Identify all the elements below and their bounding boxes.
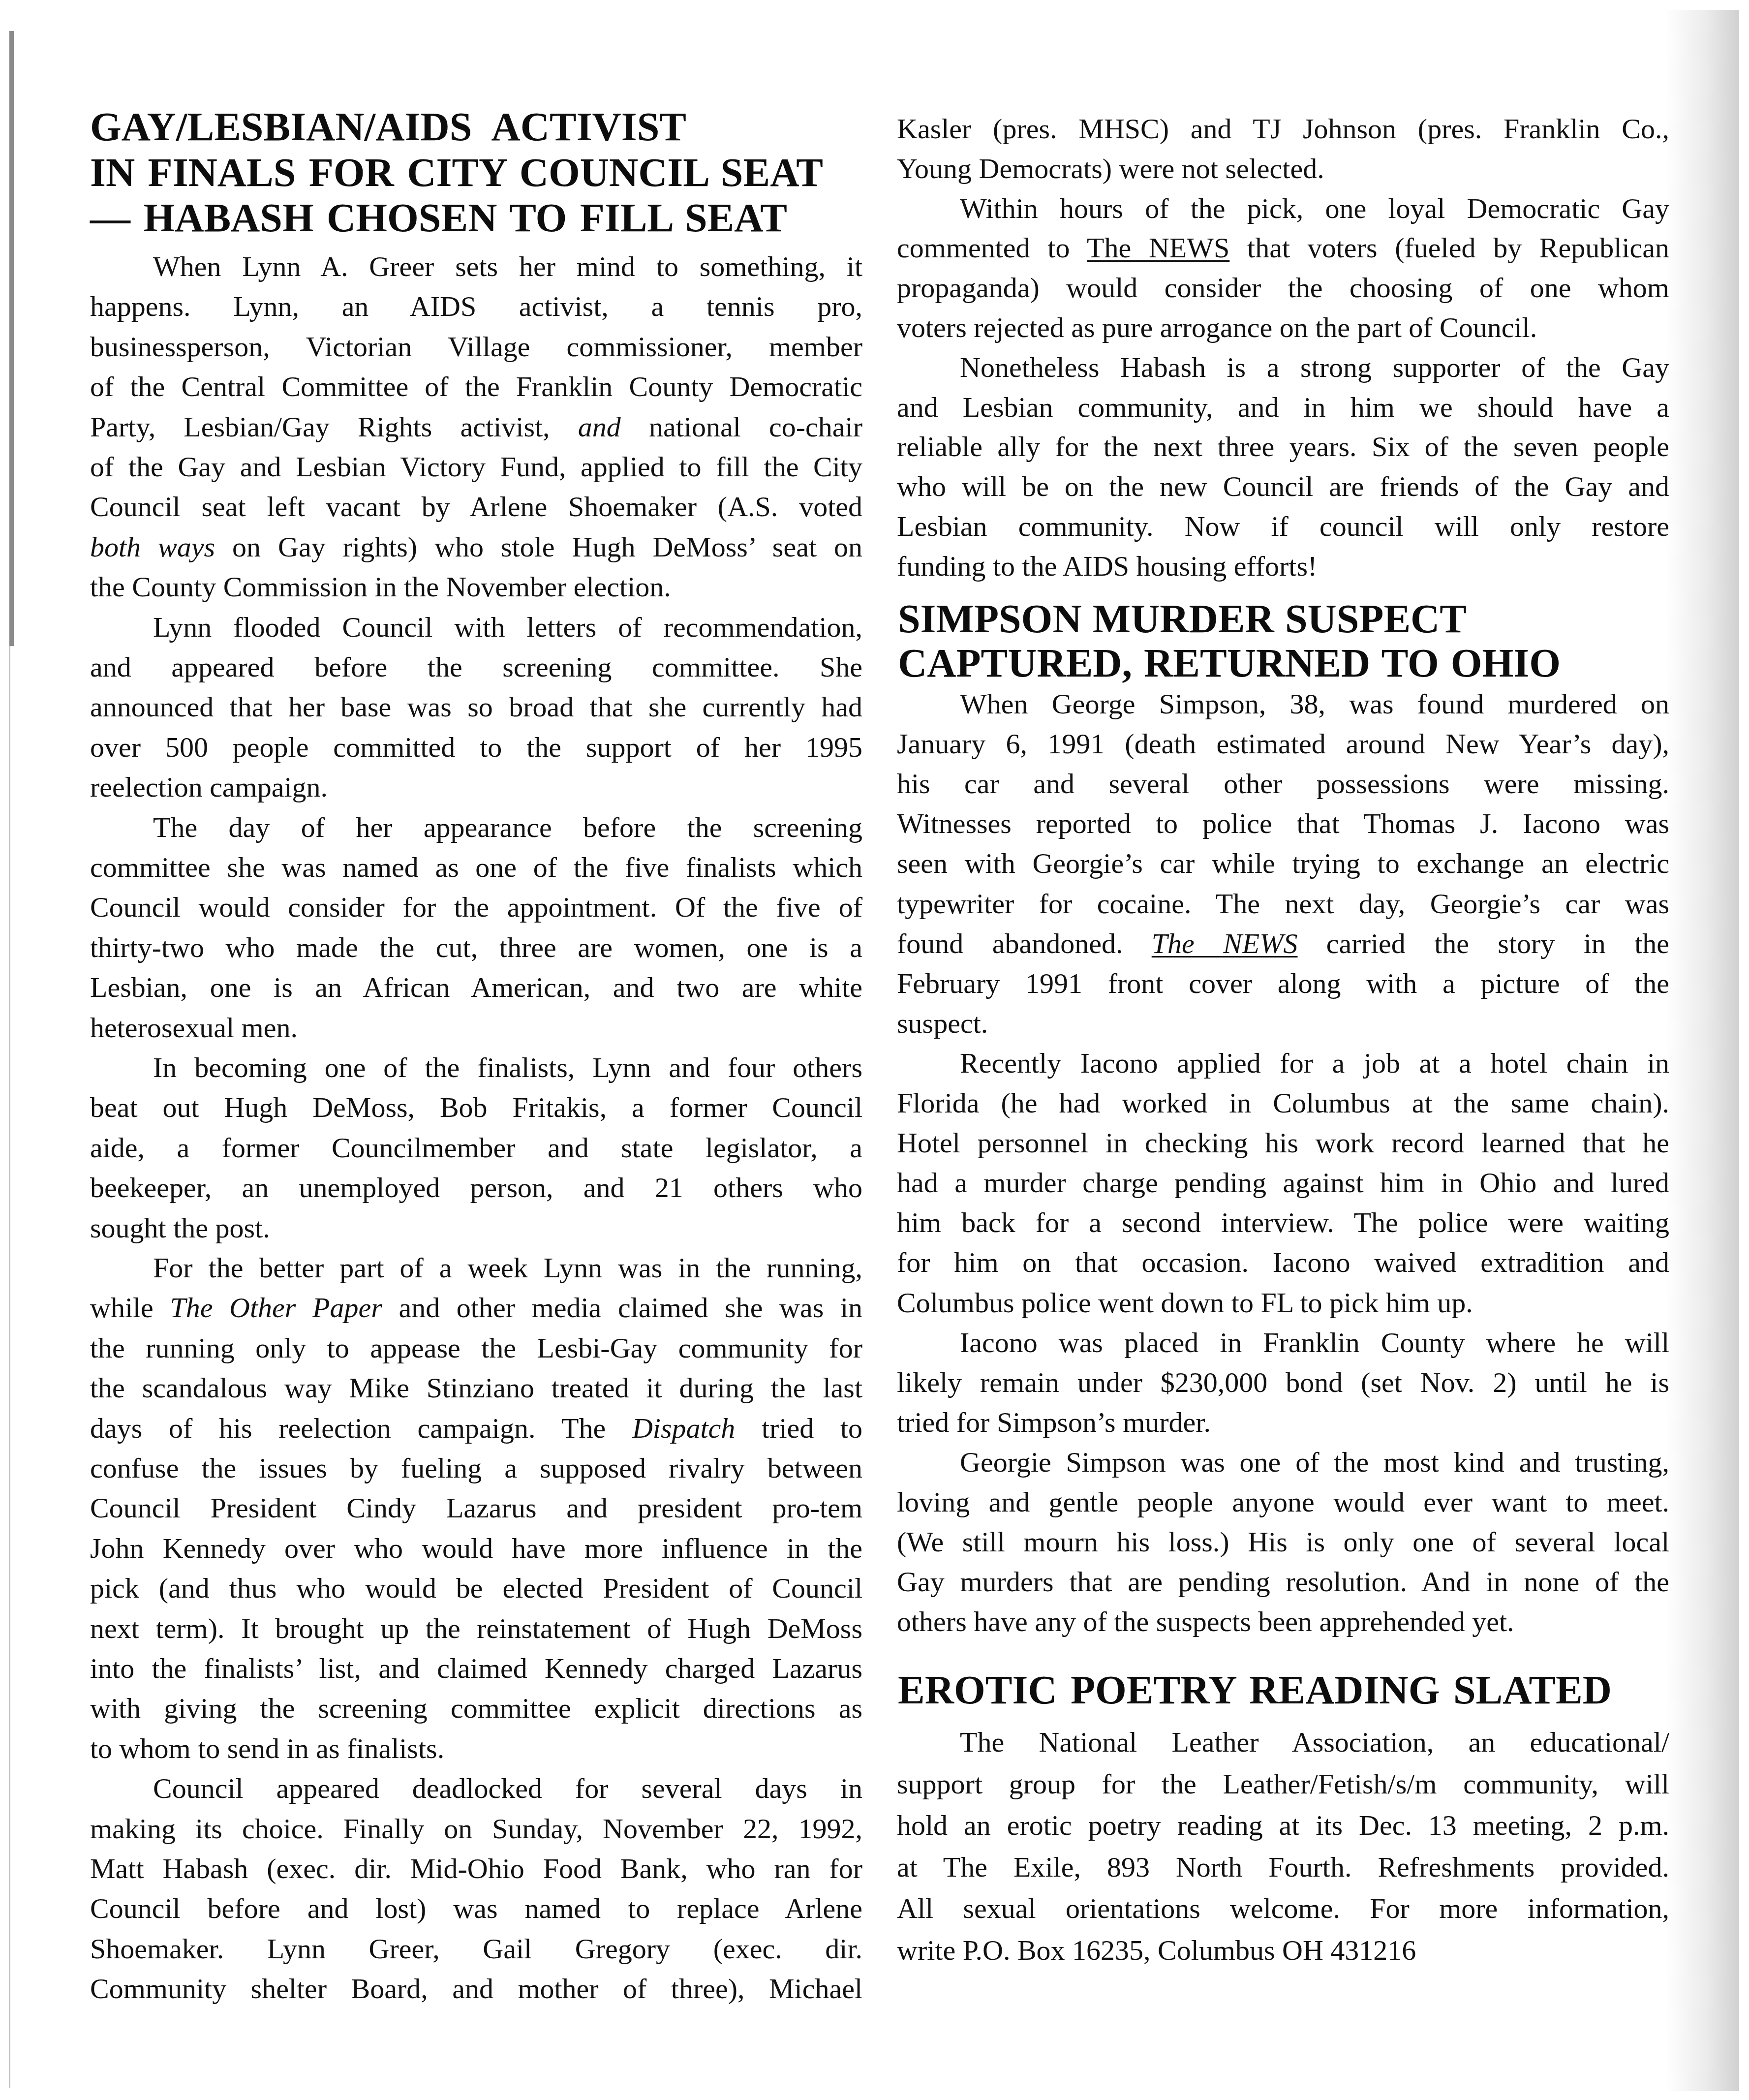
body-line-habash: the County Commission in the November el… (90, 567, 671, 607)
text-run: Party, Lesbian/Gay Rights activist, (90, 411, 578, 443)
newsletter-page: GAY/LESBIAN/AIDS ACTIVISTIN FINALS FOR C… (0, 0, 1749, 2100)
text-run: beat out Hugh DeMoss, Bob Fritakis, a fo… (90, 1091, 862, 1123)
body-line-habash: Shoemaker. Lynn Greer, Gail Gregory (exe… (90, 1929, 862, 1969)
text-run: thirty-two who made the cut, three are w… (90, 931, 862, 963)
text-run: Recently Iacono applied for a job at a h… (960, 1047, 1669, 1079)
text-run: Council President Cindy Lazarus and pres… (90, 1492, 862, 1524)
body-line-habash: happens. Lynn, an AIDS activist, a tenni… (90, 287, 862, 326)
body-line-habash: announced that her base was so broad tha… (90, 687, 862, 727)
text-run: aide, a former Councilmember and state l… (90, 1132, 862, 1164)
body-line-habash: businessperson, Victorian Village commis… (90, 327, 862, 367)
text-run: the running only to appease the Lesbi-Ga… (90, 1332, 862, 1364)
headline-simpson-line-2: CAPTURED, RETURNED TO OHIO (898, 641, 1561, 686)
binding-edge-line (9, 31, 14, 646)
emphasis-text: both ways (90, 531, 215, 563)
body-line-habash: Within hours of the pick, one loyal Demo… (960, 189, 1669, 228)
body-line-habash: next term). It brought up the reinstatem… (90, 1609, 862, 1648)
text-run: propaganda) would consider the choosing … (897, 272, 1669, 304)
text-run: of the Gay and Lesbian Victory Fund, app… (90, 451, 862, 483)
body-line-poetry: hold an erotic poetry reading at its Dec… (897, 1806, 1669, 1845)
text-run: the scandalous way Mike Stinziano treate… (90, 1372, 862, 1404)
text-run: announced that her base was so broad tha… (90, 691, 862, 723)
body-line-poetry: All sexual orientations welcome. For mor… (897, 1889, 1669, 1928)
text-run: into the finalists’ list, and claimed Ke… (90, 1652, 862, 1684)
body-line-simpson: Hotel personnel in checking his work rec… (897, 1123, 1669, 1163)
headline-poetry-line-1: EROTIC POETRY READING SLATED (898, 1668, 1612, 1713)
body-line-habash: Community shelter Board, and mother of t… (90, 1969, 862, 2008)
body-line-habash: of the Central Committee of the Franklin… (90, 367, 862, 406)
text-run: Within hours of the pick, one loyal Demo… (960, 192, 1669, 224)
body-line-habash: heterosexual men. (90, 1008, 298, 1048)
body-line-habash: When Lynn A. Greer sets her mind to some… (153, 247, 862, 286)
body-line-simpson: Iacono was placed in Franklin County whe… (960, 1323, 1669, 1362)
page-edge-shadow (1665, 10, 1739, 2091)
text-run: Council would consider for the appointme… (90, 891, 862, 923)
text-run: others have any of the suspects been app… (897, 1606, 1514, 1637)
text-run: write P.O. Box 16235, Columbus OH 431216 (897, 1934, 1416, 1966)
body-line-habash: In becoming one of the finalists, Lynn a… (153, 1048, 862, 1087)
text-run: had a murder charge pending against him … (897, 1167, 1669, 1199)
text-run: pick (and thus who would be elected Pres… (90, 1572, 862, 1604)
body-line-habash: into the finalists’ list, and claimed Ke… (90, 1649, 862, 1688)
text-run: and Lesbian community, and in him we sho… (897, 391, 1669, 423)
body-line-simpson: February 1991 front cover along with a p… (897, 964, 1669, 1003)
text-run: that voters (fueled by Republican (1229, 232, 1669, 264)
body-line-simpson: (We still mourn his loss.) His is only o… (897, 1522, 1669, 1562)
body-line-habash: Council appeared deadlocked for several … (153, 1769, 862, 1808)
body-line-habash: Lynn flooded Council with letters of rec… (153, 608, 862, 647)
body-line-habash: For the better part of a week Lynn was i… (153, 1248, 862, 1288)
text-run: Witnesses reported to police that Thomas… (897, 807, 1669, 839)
body-line-habash: beekeeper, an unemployed person, and 21 … (90, 1168, 862, 1207)
body-line-simpson: Columbus police went down to FL to pick … (897, 1283, 1473, 1323)
text-run: on Gay rights) who stole Hugh DeMoss’ se… (215, 531, 862, 563)
text-run: tried to (735, 1412, 862, 1444)
publication-name: The NEWS (1087, 232, 1229, 264)
text-run: him back for a second interview. The pol… (897, 1206, 1669, 1238)
text-run: with giving the screening committee expl… (90, 1692, 862, 1724)
body-line-habash: and appeared before the screening commit… (90, 648, 862, 687)
binding-edge-line-thin (9, 646, 10, 2088)
text-run: national co-chair (621, 411, 862, 443)
page-edge (1739, 0, 1749, 2100)
text-run: seen with Georgie’s car while trying to … (897, 847, 1669, 879)
text-run: reliable ally for the next three years. … (897, 431, 1669, 463)
text-run: Columbus police went down to FL to pick … (897, 1287, 1473, 1319)
body-line-poetry: support group for the Leather/Fetish/s/m… (897, 1764, 1669, 1804)
text-run: days of his reelection campaign. The (90, 1412, 632, 1444)
body-line-habash: to whom to send in as finalists. (90, 1729, 444, 1768)
headline-habash-line-3: — HABASH CHOSEN TO FILL SEAT (90, 195, 787, 241)
body-line-simpson: tried for Simpson’s murder. (897, 1403, 1211, 1442)
text-run: hold an erotic poetry reading at its Dec… (897, 1809, 1669, 1841)
body-line-habash: Council President Cindy Lazarus and pres… (90, 1488, 862, 1528)
body-line-simpson: Witnesses reported to police that Thomas… (897, 804, 1669, 843)
text-run: his car and several other possessions we… (897, 768, 1669, 800)
text-run: Iacono was placed in Franklin County whe… (960, 1327, 1669, 1359)
text-run: heterosexual men. (90, 1012, 298, 1044)
text-run: over 500 people committed to the support… (90, 731, 862, 763)
body-line-habash: propaganda) would consider the choosing … (897, 268, 1669, 308)
body-line-simpson: January 6, 1991 (death estimated around … (897, 724, 1669, 764)
text-run: Community shelter Board, and mother of t… (90, 1973, 862, 2005)
text-run: Gay murders that are pending resolution.… (897, 1566, 1669, 1598)
headline-simpson-line-1: SIMPSON MURDER SUSPECT (898, 596, 1467, 642)
text-run: Council before and lost) was named to re… (90, 1892, 862, 1924)
text-run: and other media claimed she was in (382, 1292, 862, 1324)
body-line-simpson: When George Simpson, 38, was found murde… (960, 684, 1669, 724)
text-run: (We still mourn his loss.) His is only o… (897, 1526, 1669, 1558)
publication-name: The NEWS (1152, 927, 1298, 959)
text-run: The National Leather Association, an edu… (960, 1726, 1669, 1758)
text-run: Nonetheless Habash is a strong supporter… (960, 351, 1669, 383)
body-line-simpson: seen with Georgie’s car while trying to … (897, 844, 1669, 883)
body-line-habash: Kasler (pres. MHSC) and TJ Johnson (pres… (897, 109, 1669, 149)
body-line-poetry: The National Leather Association, an edu… (960, 1723, 1669, 1762)
text-run: When Lynn A. Greer sets her mind to some… (153, 250, 862, 282)
body-line-habash: and Lesbian community, and in him we sho… (897, 388, 1669, 427)
body-line-simpson: Florida (he had worked in Columbus at th… (897, 1083, 1669, 1123)
text-run: Council appeared deadlocked for several … (153, 1772, 862, 1804)
text-run: All sexual orientations welcome. For mor… (897, 1892, 1669, 1924)
emphasis-text: The Other Paper (170, 1292, 382, 1324)
text-run: beekeeper, an unemployed person, and 21 … (90, 1172, 862, 1204)
body-line-simpson: had a murder charge pending against him … (897, 1163, 1669, 1203)
text-run: loving and gentle people anyone would ev… (897, 1486, 1669, 1518)
body-line-poetry: write P.O. Box 16235, Columbus OH 431216 (897, 1931, 1416, 1970)
body-line-habash: voters rejected as pure arrogance on the… (897, 308, 1537, 347)
body-line-habash: sought the post. (90, 1208, 270, 1248)
text-run: businessperson, Victorian Village commis… (90, 331, 862, 363)
text-run: likely remain under $230,000 bond (set N… (897, 1366, 1669, 1398)
body-line-simpson: his car and several other possessions we… (897, 764, 1669, 803)
text-run: Hotel personnel in checking his work rec… (897, 1127, 1669, 1159)
emphasis-text: Dispatch (632, 1412, 735, 1444)
text-run: making its choice. Finally on Sunday, No… (90, 1813, 862, 1845)
text-run: for him on that occasion. Iacono waived … (897, 1246, 1669, 1278)
text-run: voters rejected as pure arrogance on the… (897, 311, 1537, 343)
text-run: who will be on the new Council are frien… (897, 470, 1669, 502)
text-run: committee she was named as one of the fi… (90, 851, 862, 883)
text-run: sought the post. (90, 1212, 270, 1244)
body-line-habash: reelection campaign. (90, 768, 328, 807)
text-run: found abandoned. (897, 927, 1152, 959)
text-run: support group for the Leather/Fetish/s/m… (897, 1768, 1669, 1800)
text-run: Young Democrats) were not selected. (897, 153, 1324, 185)
body-line-simpson: Georgie Simpson was one of the most kind… (960, 1443, 1669, 1482)
body-line-habash: who will be on the new Council are frien… (897, 467, 1669, 506)
body-line-habash: aide, a former Councilmember and state l… (90, 1128, 862, 1168)
text-run: For the better part of a week Lynn was i… (153, 1252, 862, 1284)
body-line-simpson: suspect. (897, 1004, 988, 1043)
text-run: next term). It brought up the reinstatem… (90, 1612, 862, 1644)
text-run: February 1991 front cover along with a p… (897, 967, 1669, 999)
body-line-habash: The day of her appearance before the scr… (153, 808, 862, 847)
body-line-habash: commented to The NEWS that voters (fuele… (897, 228, 1669, 268)
body-line-habash: beat out Hugh DeMoss, Bob Fritakis, a fo… (90, 1088, 862, 1127)
body-line-habash: thirty-two who made the cut, three are w… (90, 928, 862, 967)
text-run: funding to the AIDS housing efforts! (897, 550, 1317, 582)
body-line-habash: making its choice. Finally on Sunday, No… (90, 1809, 862, 1849)
text-run: suspect. (897, 1007, 988, 1039)
body-line-habash: days of his reelection campaign. The Dis… (90, 1409, 862, 1448)
body-line-habash: the running only to appease the Lesbi-Ga… (90, 1328, 862, 1368)
text-run: John Kennedy over who would have more in… (90, 1532, 862, 1564)
text-run: the County Commission in the November el… (90, 571, 671, 603)
body-line-habash: Council seat left vacant by Arlene Shoem… (90, 487, 862, 526)
body-line-simpson: Recently Iacono applied for a job at a h… (960, 1044, 1669, 1083)
body-line-habash: committee she was named as one of the fi… (90, 848, 862, 887)
body-line-habash: over 500 people committed to the support… (90, 728, 862, 767)
text-run: at The Exile, 893 North Fourth. Refreshm… (897, 1851, 1669, 1883)
body-line-habash: Lesbian, one is an African American, and… (90, 968, 862, 1007)
body-line-habash: Matt Habash (exec. dir. Mid-Ohio Food Ba… (90, 1849, 862, 1888)
body-line-poetry: at The Exile, 893 North Fourth. Refreshm… (897, 1848, 1669, 1887)
text-run: Florida (he had worked in Columbus at th… (897, 1087, 1669, 1119)
body-line-simpson: loving and gentle people anyone would ev… (897, 1482, 1669, 1522)
text-run: happens. Lynn, an AIDS activist, a tenni… (90, 290, 862, 322)
text-run: typewriter for cocaine. The next day, Ge… (897, 888, 1669, 920)
body-line-simpson: likely remain under $230,000 bond (set N… (897, 1363, 1669, 1402)
body-line-habash: Nonetheless Habash is a strong supporter… (960, 348, 1669, 387)
body-line-habash: Council before and lost) was named to re… (90, 1889, 862, 1928)
body-line-simpson: typewriter for cocaine. The next day, Ge… (897, 884, 1669, 924)
text-run: of the Central Committee of the Franklin… (90, 371, 862, 402)
body-line-habash: pick (and thus who would be elected Pres… (90, 1569, 862, 1608)
body-line-habash: of the Gay and Lesbian Victory Fund, app… (90, 447, 862, 487)
text-run: carried the story in the (1298, 927, 1670, 959)
body-line-habash: funding to the AIDS housing efforts! (897, 547, 1317, 586)
text-run: confuse the issues by fueling a supposed… (90, 1452, 862, 1484)
body-line-habash: Young Democrats) were not selected. (897, 149, 1324, 188)
body-line-habash: with giving the screening committee expl… (90, 1689, 862, 1728)
text-run: In becoming one of the finalists, Lynn a… (153, 1051, 862, 1083)
body-line-habash: both ways on Gay rights) who stole Hugh … (90, 527, 862, 567)
body-line-habash: Lesbian community. Now if council will o… (897, 507, 1669, 546)
body-line-habash: while The Other Paper and other media cl… (90, 1288, 862, 1328)
body-line-habash: Party, Lesbian/Gay Rights activist, and … (90, 407, 862, 447)
text-run: The day of her appearance before the scr… (153, 811, 862, 843)
text-run: Matt Habash (exec. dir. Mid-Ohio Food Ba… (90, 1853, 862, 1884)
text-run: Kasler (pres. MHSC) and TJ Johnson (pres… (897, 113, 1669, 145)
text-run: Lynn flooded Council with letters of rec… (153, 611, 862, 643)
text-run: reelection campaign. (90, 771, 328, 803)
body-line-habash: reliable ally for the next three years. … (897, 427, 1669, 466)
text-run: When George Simpson, 38, was found murde… (960, 688, 1669, 720)
body-line-simpson: found abandoned. The NEWS carried the st… (897, 924, 1669, 963)
text-run: while (90, 1292, 170, 1324)
text-run: Shoemaker. Lynn Greer, Gail Gregory (exe… (90, 1933, 862, 1965)
text-run: January 6, 1991 (death estimated around … (897, 728, 1669, 760)
text-run: tried for Simpson’s murder. (897, 1406, 1211, 1438)
text-run: Lesbian, one is an African American, and… (90, 971, 862, 1003)
body-line-simpson: Gay murders that are pending resolution.… (897, 1562, 1669, 1602)
body-line-habash: the scandalous way Mike Stinziano treate… (90, 1368, 862, 1408)
text-run: to whom to send in as finalists. (90, 1732, 444, 1764)
body-line-habash: Council would consider for the appointme… (90, 888, 862, 927)
body-line-simpson: for him on that occasion. Iacono waived … (897, 1243, 1669, 1282)
headline-habash-line-1: GAY/LESBIAN/AIDS ACTIVIST (90, 104, 686, 150)
emphasis-text: and (578, 411, 621, 443)
text-run: and appeared before the screening commit… (90, 651, 862, 683)
text-run: commented to (897, 232, 1087, 264)
text-run: Council seat left vacant by Arlene Shoem… (90, 491, 862, 523)
body-line-habash: John Kennedy over who would have more in… (90, 1529, 862, 1568)
text-run: Georgie Simpson was one of the most kind… (960, 1446, 1669, 1478)
body-line-habash: confuse the issues by fueling a supposed… (90, 1449, 862, 1488)
headline-habash-line-2: IN FINALS FOR CITY COUNCIL SEAT (90, 150, 823, 195)
body-line-simpson: others have any of the suspects been app… (897, 1602, 1514, 1641)
body-line-simpson: him back for a second interview. The pol… (897, 1203, 1669, 1242)
text-run: Lesbian community. Now if council will o… (897, 510, 1669, 542)
